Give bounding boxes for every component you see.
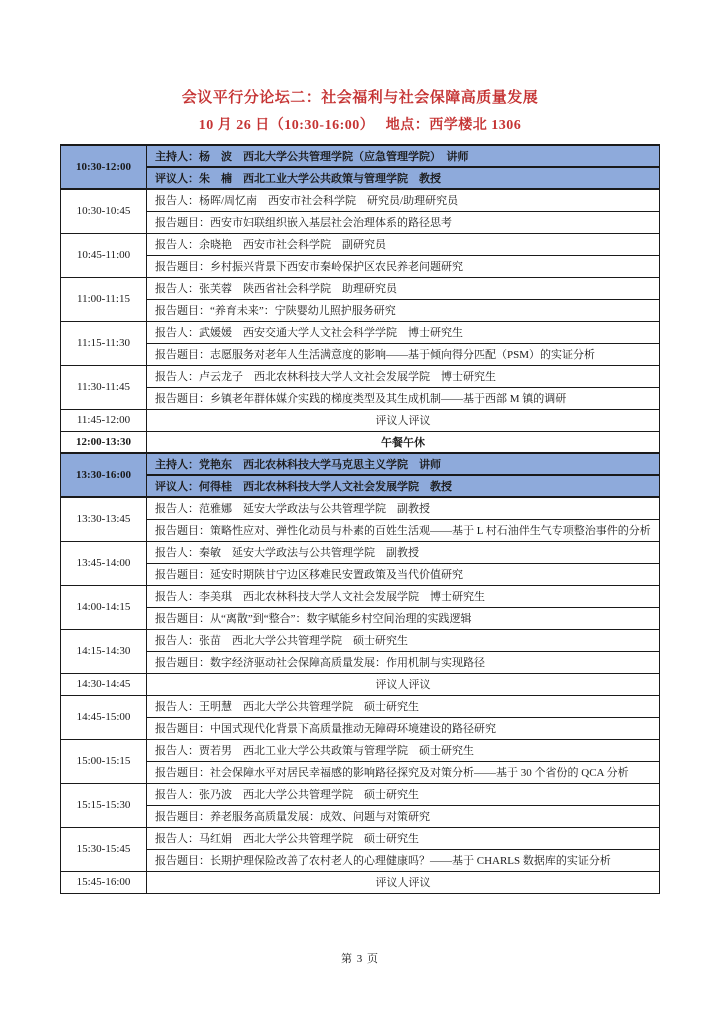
- discussion-row: 14:30-14:45评议人评议: [61, 673, 660, 695]
- talk-line: 报告题目：养老服务高质量发展：成效、问题与对策研究: [147, 805, 660, 827]
- talk-row: 14:15-14:30报告人：张苗 西北大学公共管理学院 硕士研究生: [61, 629, 660, 651]
- time-cell: 13:30-13:45: [61, 497, 147, 541]
- talk-row: 报告题目：乡镇老年群体媒介实践的梯度类型及其生成机制——基于西部 M 镇的调研: [61, 387, 660, 409]
- talk-row: 报告题目：延安时期陕甘宁边区移难民安置政策及当代价值研究: [61, 563, 660, 585]
- talk-row: 报告题目：西安市妇联组织嵌入基层社会治理体系的路径思考: [61, 211, 660, 233]
- time-cell: 10:45-11:00: [61, 233, 147, 277]
- talk-line: 报告人：马红娟 西北大学公共管理学院 硕士研究生: [147, 827, 660, 849]
- talk-line: 报告人：贾若男 西北工业大学公共政策与管理学院 硕士研究生: [147, 739, 660, 761]
- session-header-row: 评议人：何得桂 西北农林科技大学人文社会发展学院 教授: [61, 475, 660, 497]
- talk-row: 报告题目：从“离散”到“整合”：数字赋能乡村空间治理的实践逻辑: [61, 607, 660, 629]
- time-cell: 15:00-15:15: [61, 739, 147, 783]
- talk-row: 13:45-14:00报告人：秦敏 延安大学政法与公共管理学院 副教授: [61, 541, 660, 563]
- talk-line: 报告人：张乃波 西北大学公共管理学院 硕士研究生: [147, 783, 660, 805]
- schedule-table: 10:30-12:00主持人：杨 波 西北大学公共管理学院（应急管理学院） 讲师…: [60, 144, 660, 894]
- talk-row: 10:30-10:45报告人：杨晖/周忆南 西安市社会科学院 研究员/助理研究员: [61, 189, 660, 211]
- talk-line: 报告题目：中国式现代化背景下高质量推动无障碍环境建设的路径研究: [147, 717, 660, 739]
- forum-title: 会议平行分论坛二：社会福利与社会保障高质量发展: [0, 0, 720, 107]
- break-row: 12:00-13:30午餐午休: [61, 431, 660, 453]
- talk-line: 报告题目：乡镇老年群体媒介实践的梯度类型及其生成机制——基于西部 M 镇的调研: [147, 387, 660, 409]
- time-cell: 11:00-11:15: [61, 277, 147, 321]
- discussion-label: 评议人评议: [147, 871, 660, 893]
- talk-line: 报告题目：社会保障水平对居民幸福感的影响路径探究及对策分析——基于 30 个省份…: [147, 761, 660, 783]
- talk-row: 14:00-14:15报告人：李美琪 西北农林科技大学人文社会发展学院 博士研究…: [61, 585, 660, 607]
- time-cell: 15:15-15:30: [61, 783, 147, 827]
- talk-line: 报告人：秦敏 延安大学政法与公共管理学院 副教授: [147, 541, 660, 563]
- talk-row: 报告题目：养老服务高质量发展：成效、问题与对策研究: [61, 805, 660, 827]
- talk-row: 报告题目：策略性应对、弹性化动员与朴素的百姓生活观——基于 L 村石油伴生气专项…: [61, 519, 660, 541]
- time-cell: 10:30-12:00: [61, 145, 147, 189]
- time-cell: 13:45-14:00: [61, 541, 147, 585]
- talk-line: 报告题目：志愿服务对老年人生活满意度的影响——基于倾向得分匹配（PSM）的实证分…: [147, 343, 660, 365]
- session-header-row: 10:30-12:00主持人：杨 波 西北大学公共管理学院（应急管理学院） 讲师: [61, 145, 660, 167]
- talk-row: 报告题目：中国式现代化背景下高质量推动无障碍环境建设的路径研究: [61, 717, 660, 739]
- talk-line: 报告题目：乡村振兴背景下西安市秦岭保护区农民养老问题研究: [147, 255, 660, 277]
- schedule-body: 10:30-12:00主持人：杨 波 西北大学公共管理学院（应急管理学院） 讲师…: [61, 145, 660, 893]
- discussion-row: 11:45-12:00评议人评议: [61, 409, 660, 431]
- talk-line: 报告人：李美琪 西北农林科技大学人文社会发展学院 博士研究生: [147, 585, 660, 607]
- talk-row: 报告题目：乡村振兴背景下西安市秦岭保护区农民养老问题研究: [61, 255, 660, 277]
- talk-row: 15:15-15:30报告人：张乃波 西北大学公共管理学院 硕士研究生: [61, 783, 660, 805]
- talk-line: 报告题目：从“离散”到“整合”：数字赋能乡村空间治理的实践逻辑: [147, 607, 660, 629]
- talk-row: 报告题目：数字经济驱动社会保障高质量发展：作用机制与实现路径: [61, 651, 660, 673]
- discussion-row: 15:45-16:00评议人评议: [61, 871, 660, 893]
- talk-line: 报告人：卢云龙子 西北农林科技大学人文社会发展学院 博士研究生: [147, 365, 660, 387]
- session-role-line: 评议人：朱 楠 西北工业大学公共政策与管理学院 教授: [147, 167, 660, 189]
- time-cell: 12:00-13:30: [61, 431, 147, 453]
- page-number: 第 3 页: [0, 950, 720, 966]
- talk-line: 报告人：张苗 西北大学公共管理学院 硕士研究生: [147, 629, 660, 651]
- time-cell: 14:45-15:00: [61, 695, 147, 739]
- talk-row: 报告题目：“养育未来”：宁陕婴幼儿照护服务研究: [61, 299, 660, 321]
- talk-row: 报告题目：志愿服务对老年人生活满意度的影响——基于倾向得分匹配（PSM）的实证分…: [61, 343, 660, 365]
- time-cell: 14:00-14:15: [61, 585, 147, 629]
- document-page: 会议平行分论坛二：社会福利与社会保障高质量发展 10 月 26 日（10:30-…: [0, 0, 720, 1018]
- time-cell: 15:45-16:00: [61, 871, 147, 893]
- talk-line: 报告题目：延安时期陕甘宁边区移难民安置政策及当代价值研究: [147, 563, 660, 585]
- talk-row: 13:30-13:45报告人：范雅娜 延安大学政法与公共管理学院 副教授: [61, 497, 660, 519]
- talk-line: 报告人：张芙蓉 陕西省社会科学院 助理研究员: [147, 277, 660, 299]
- talk-row: 10:45-11:00报告人：余晓艳 西安市社会科学院 副研究员: [61, 233, 660, 255]
- talk-row: 15:00-15:15报告人：贾若男 西北工业大学公共政策与管理学院 硕士研究生: [61, 739, 660, 761]
- break-label: 午餐午休: [147, 431, 660, 453]
- time-cell: 13:30-16:00: [61, 453, 147, 497]
- discussion-label: 评议人评议: [147, 673, 660, 695]
- time-cell: 15:30-15:45: [61, 827, 147, 871]
- discussion-label: 评议人评议: [147, 409, 660, 431]
- talk-row: 11:15-11:30报告人：武媛媛 西安交通大学人文社会科学学院 博士研究生: [61, 321, 660, 343]
- time-cell: 10:30-10:45: [61, 189, 147, 233]
- time-cell: 11:30-11:45: [61, 365, 147, 409]
- talk-row: 11:00-11:15报告人：张芙蓉 陕西省社会科学院 助理研究员: [61, 277, 660, 299]
- time-cell: 11:15-11:30: [61, 321, 147, 365]
- session-header-row: 13:30-16:00主持人：党艳东 西北农林科技大学马克思主义学院 讲师: [61, 453, 660, 475]
- time-cell: 14:15-14:30: [61, 629, 147, 673]
- talk-row: 14:45-15:00报告人：王明慧 西北大学公共管理学院 硕士研究生: [61, 695, 660, 717]
- talk-line: 报告题目：西安市妇联组织嵌入基层社会治理体系的路径思考: [147, 211, 660, 233]
- talk-line: 报告题目：“养育未来”：宁陕婴幼儿照护服务研究: [147, 299, 660, 321]
- talk-line: 报告题目：数字经济驱动社会保障高质量发展：作用机制与实现路径: [147, 651, 660, 673]
- talk-line: 报告人：范雅娜 延安大学政法与公共管理学院 副教授: [147, 497, 660, 519]
- talk-row: 15:30-15:45报告人：马红娟 西北大学公共管理学院 硕士研究生: [61, 827, 660, 849]
- time-cell: 14:30-14:45: [61, 673, 147, 695]
- talk-line: 报告人：杨晖/周忆南 西安市社会科学院 研究员/助理研究员: [147, 189, 660, 211]
- session-role-line: 主持人：杨 波 西北大学公共管理学院（应急管理学院） 讲师: [147, 145, 660, 167]
- session-header-row: 评议人：朱 楠 西北工业大学公共政策与管理学院 教授: [61, 167, 660, 189]
- talk-line: 报告题目：策略性应对、弹性化动员与朴素的百姓生活观——基于 L 村石油伴生气专项…: [147, 519, 660, 541]
- talk-line: 报告题目：长期护理保险改善了农村老人的心理健康吗？——基于 CHARLS 数据库…: [147, 849, 660, 871]
- talk-line: 报告人：王明慧 西北大学公共管理学院 硕士研究生: [147, 695, 660, 717]
- talk-line: 报告人：武媛媛 西安交通大学人文社会科学学院 博士研究生: [147, 321, 660, 343]
- time-cell: 11:45-12:00: [61, 409, 147, 431]
- talk-row: 报告题目：长期护理保险改善了农村老人的心理健康吗？——基于 CHARLS 数据库…: [61, 849, 660, 871]
- talk-row: 报告题目：社会保障水平对居民幸福感的影响路径探究及对策分析——基于 30 个省份…: [61, 761, 660, 783]
- session-role-line: 评议人：何得桂 西北农林科技大学人文社会发展学院 教授: [147, 475, 660, 497]
- forum-date-location: 10 月 26 日（10:30-16:00） 地点：西学楼北 1306: [0, 114, 720, 134]
- talk-line: 报告人：余晓艳 西安市社会科学院 副研究员: [147, 233, 660, 255]
- session-role-line: 主持人：党艳东 西北农林科技大学马克思主义学院 讲师: [147, 453, 660, 475]
- talk-row: 11:30-11:45报告人：卢云龙子 西北农林科技大学人文社会发展学院 博士研…: [61, 365, 660, 387]
